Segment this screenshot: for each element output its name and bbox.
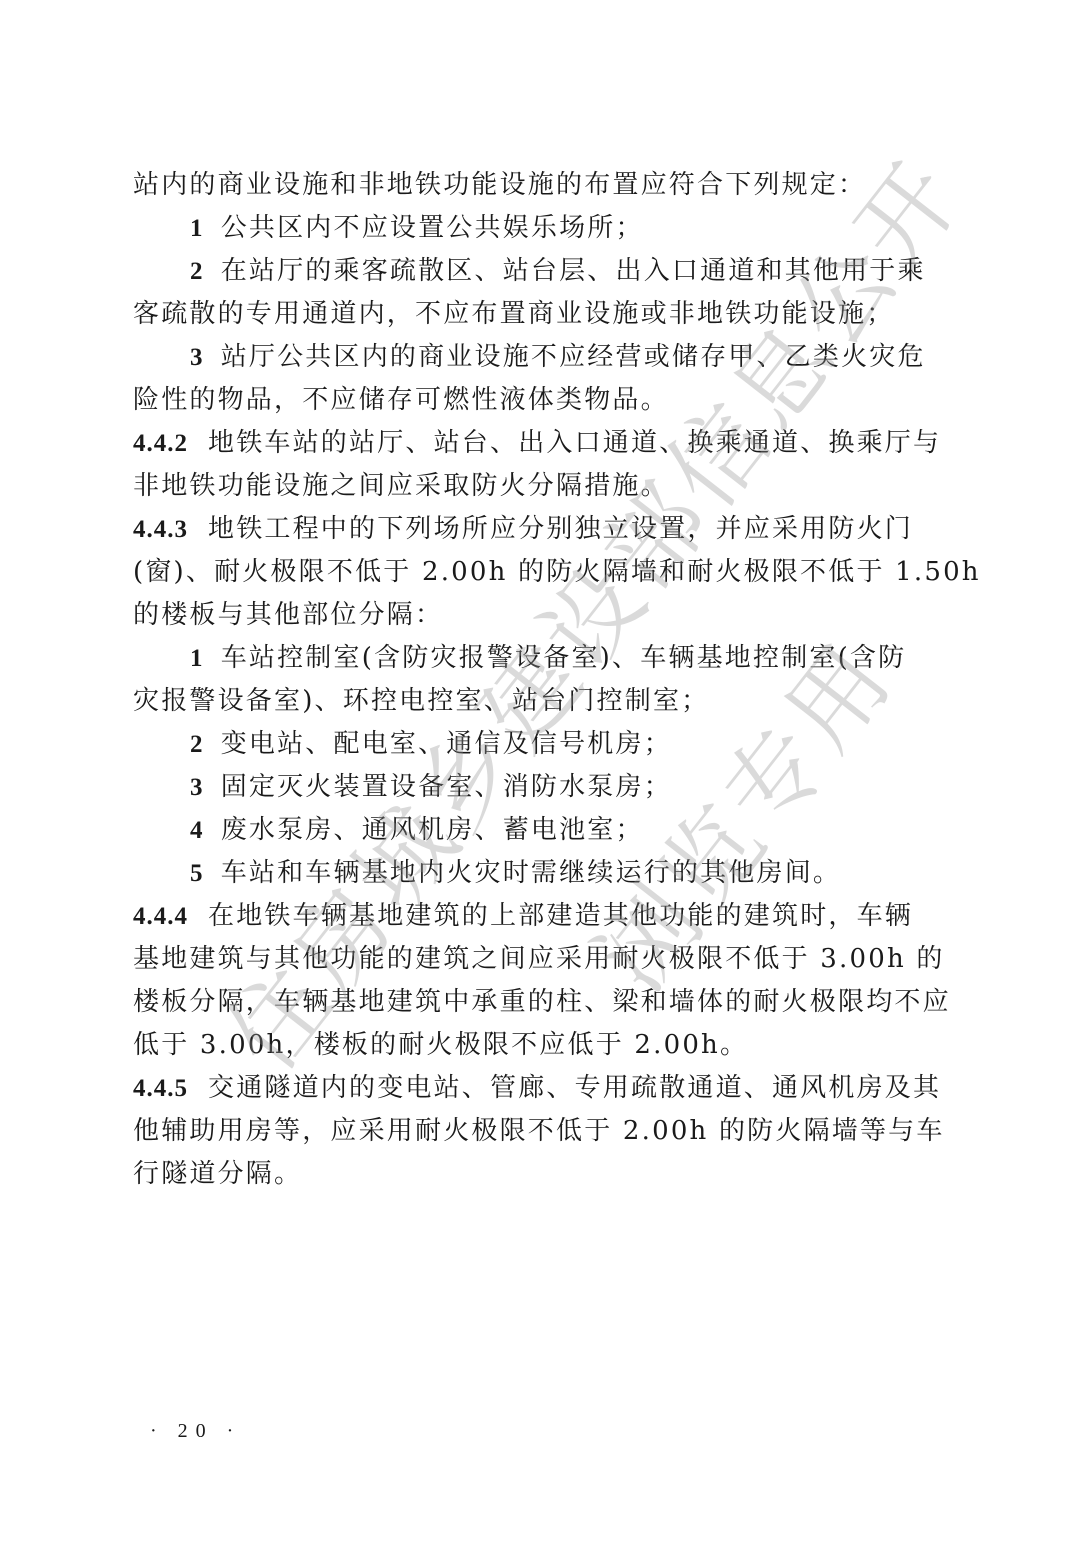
item-number: 1 (190, 214, 205, 244)
line-text: 交通隧道内的变电站、管廊、专用疏散通道、通风机房及其 (208, 1073, 941, 1103)
line-text: 公共区内不应设置公共娱乐场所； (221, 213, 644, 243)
line-text: (窗)、耐火极限不低于 2.00h 的防火隔墙和耐火极限不低于 1.50h (133, 557, 981, 587)
line-text: 在地铁车辆基地建筑的上部建造其他功能的建筑时，车辆 (208, 901, 913, 931)
paragraph-line: 站内的商业设施和非地铁功能设施的布置应符合下列规定： (133, 170, 933, 200)
list-item: 4废水泵房、通风机房、蓄电池室； (190, 815, 990, 846)
line-text: 固定灭火装置设备室、消防水泵房； (221, 772, 672, 802)
list-item: 5车站和车辆基地内火灾时需继续运行的其他房间。 (190, 858, 990, 889)
item-number: 4 (190, 816, 205, 846)
line-text: 站厅公共区内的商业设施不应经营或储存甲、乙类火灾危 (221, 342, 926, 372)
line-text: 车站控制室(含防灾报警设备室)、车辆基地控制室(含防 (221, 643, 907, 673)
line-text: 的楼板与其他部位分隔： (133, 600, 443, 630)
list-item: 1公共区内不应设置公共娱乐场所； (190, 213, 990, 244)
clause-number: 4.4.2 (133, 429, 188, 459)
paragraph-line: 他辅助用房等，应采用耐火极限不低于 2.00h 的防火隔墙等与车 (133, 1116, 933, 1146)
item-number: 3 (190, 343, 205, 373)
line-text: 废水泵房、通风机房、蓄电池室； (221, 815, 644, 845)
line-text: 在站厅的乘客疏散区、站台层、出入口通道和其他用于乘 (221, 256, 926, 286)
page-number: · 20 · (150, 1420, 241, 1443)
paragraph-line: 客疏散的专用通道内，不应布置商业设施或非地铁功能设施； (133, 299, 933, 329)
list-item: 1车站控制室(含防灾报警设备室)、车辆基地控制室(含防 (190, 643, 990, 674)
line-text: 他辅助用房等，应采用耐火极限不低于 2.00h 的防火隔墙等与车 (133, 1116, 945, 1146)
list-item: 3固定灭火装置设备室、消防水泵房； (190, 772, 990, 803)
item-number: 2 (190, 730, 205, 760)
line-text: 基地建筑与其他功能的建筑之间应采用耐火极限不低于 3.00h 的 (133, 944, 945, 974)
line-text: 车站和车辆基地内火灾时需继续运行的其他房间。 (221, 858, 841, 888)
line-text: 地铁工程中的下列场所应分别独立设置，并应采用防火门 (208, 514, 913, 544)
paragraph-line: 行隧道分隔。 (133, 1159, 933, 1189)
list-item: 2在站厅的乘客疏散区、站台层、出入口通道和其他用于乘 (190, 256, 990, 287)
paragraph-line: 险性的物品，不应储存可燃性液体类物品。 (133, 385, 933, 415)
line-text: 客疏散的专用通道内，不应布置商业设施或非地铁功能设施； (133, 299, 894, 329)
line-text: 地铁车站的站厅、站台、出入口通道、换乘通道、换乘厅与 (208, 428, 941, 458)
line-text: 低于 3.00h，楼板的耐火极限不应低于 2.00h。 (133, 1030, 748, 1060)
clause-number: 4.4.3 (133, 515, 188, 545)
clause-4-4-3: 4.4.3地铁工程中的下列场所应分别独立设置，并应采用防火门 (133, 514, 933, 545)
paragraph-line: 楼板分隔，车辆基地建筑中承重的柱、梁和墙体的耐火极限均不应 (133, 987, 933, 1017)
paragraph-line: 的楼板与其他部位分隔： (133, 600, 933, 630)
line-text: 站内的商业设施和非地铁功能设施的布置应符合下列规定： (133, 170, 866, 200)
paragraph-line: 灾报警设备室)、环控电控室、站台门控制室； (133, 686, 933, 716)
clause-number: 4.4.4 (133, 902, 188, 932)
item-number: 1 (190, 644, 205, 674)
line-text: 险性的物品，不应储存可燃性液体类物品。 (133, 385, 669, 415)
paragraph-line: 非地铁功能设施之间应采取防火分隔措施。 (133, 471, 933, 501)
paragraph-line: 基地建筑与其他功能的建筑之间应采用耐火极限不低于 3.00h 的 (133, 944, 933, 974)
line-text: 行隧道分隔。 (133, 1159, 302, 1189)
item-number: 2 (190, 257, 205, 287)
paragraph-line: 低于 3.00h，楼板的耐火极限不应低于 2.00h。 (133, 1030, 933, 1060)
document-page: 站内的商业设施和非地铁功能设施的布置应符合下列规定： 1公共区内不应设置公共娱乐… (0, 0, 1080, 1565)
line-text: 楼板分隔，车辆基地建筑中承重的柱、梁和墙体的耐火极限均不应 (133, 987, 951, 1017)
line-text: 变电站、配电室、通信及信号机房； (221, 729, 672, 759)
paragraph-line: (窗)、耐火极限不低于 2.00h 的防火隔墙和耐火极限不低于 1.50h (133, 557, 933, 587)
line-text: 非地铁功能设施之间应采取防火分隔措施。 (133, 471, 669, 501)
clause-4-4-5: 4.4.5交通隧道内的变电站、管廊、专用疏散通道、通风机房及其 (133, 1073, 933, 1104)
list-item: 3站厅公共区内的商业设施不应经营或储存甲、乙类火灾危 (190, 342, 990, 373)
clause-number: 4.4.5 (133, 1074, 188, 1104)
line-text: 灾报警设备室)、环控电控室、站台门控制室； (133, 686, 709, 716)
clause-4-4-2: 4.4.2地铁车站的站厅、站台、出入口通道、换乘通道、换乘厅与 (133, 428, 933, 459)
item-number: 5 (190, 859, 205, 889)
clause-4-4-4: 4.4.4在地铁车辆基地建筑的上部建造其他功能的建筑时，车辆 (133, 901, 933, 932)
item-number: 3 (190, 773, 205, 803)
list-item: 2变电站、配电室、通信及信号机房； (190, 729, 990, 760)
